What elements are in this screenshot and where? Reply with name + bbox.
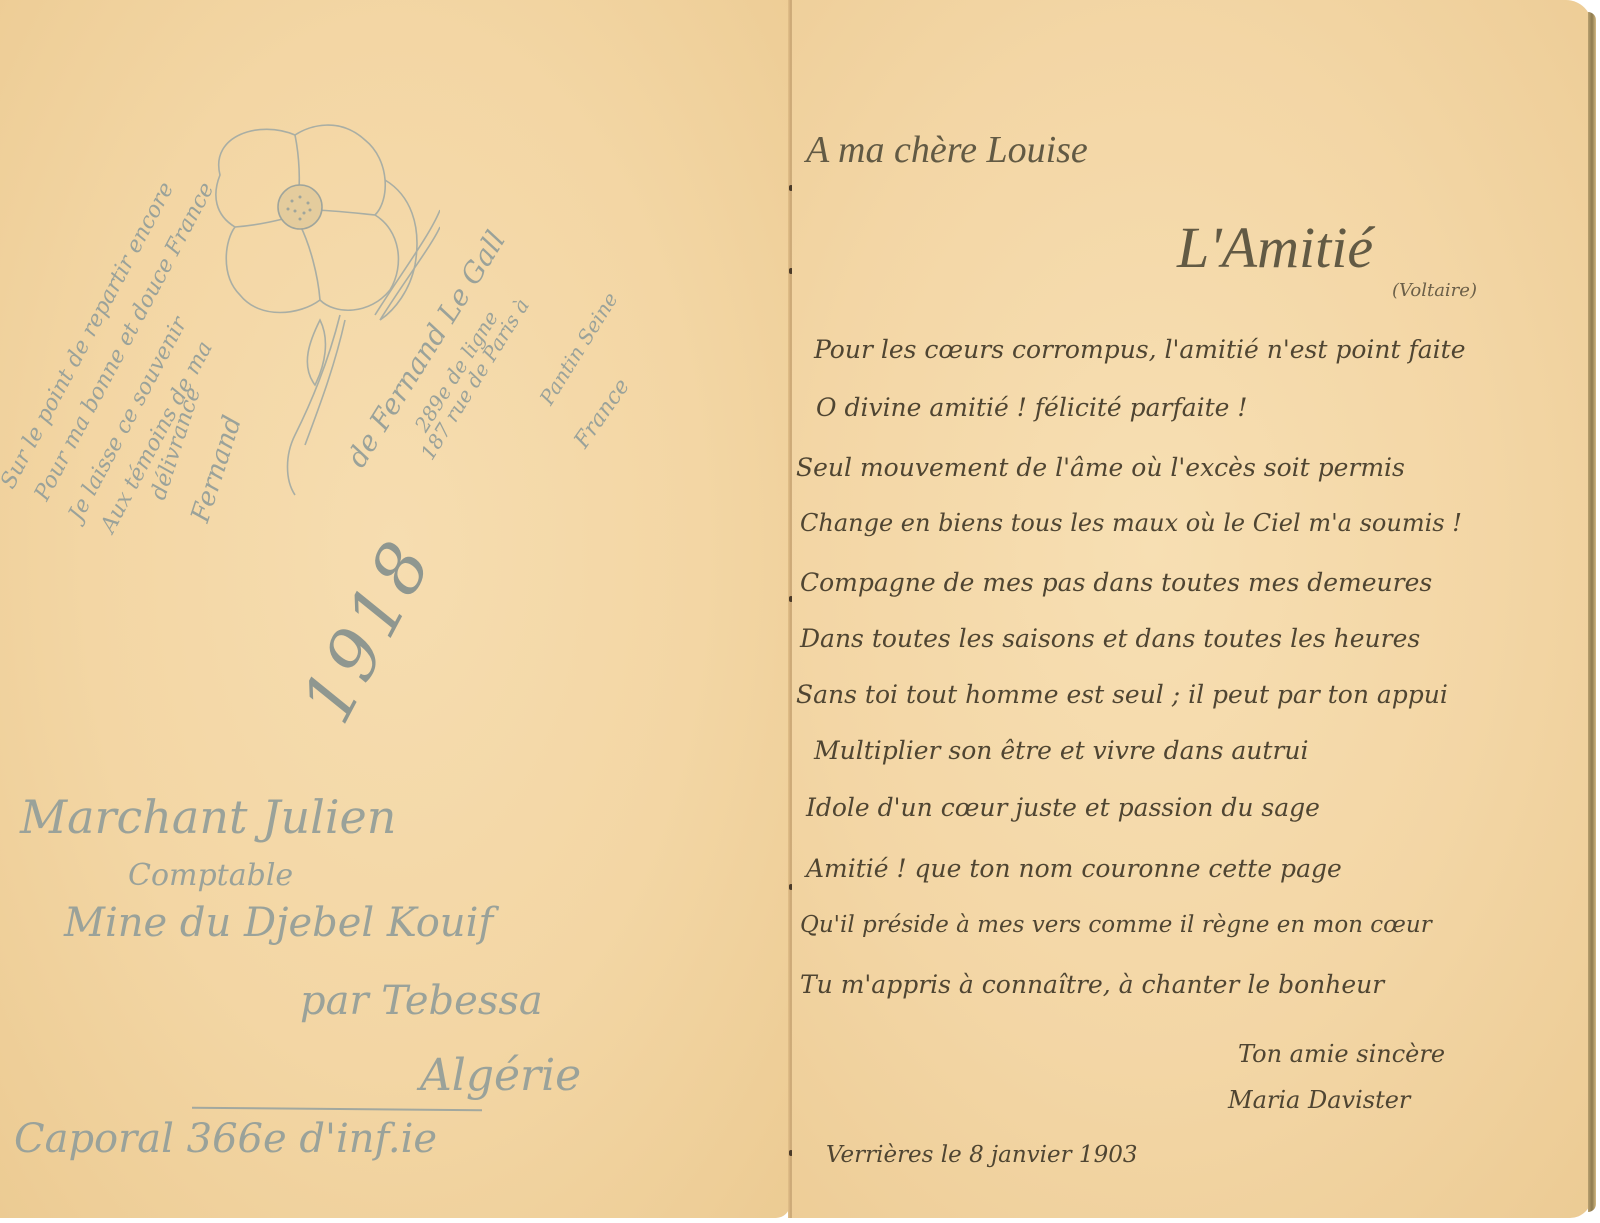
poem-line: Dans toutes les saisons et dans toutes l… [800,624,1420,653]
signature-location: Mine du Djebel Kouif [64,900,493,946]
signature-name: Marchant Julien [20,790,396,844]
poem-author: (Voltaire) [1392,280,1477,301]
poem-line: Compagne de mes pas dans toutes mes deme… [800,568,1432,597]
signature-town: par Tebessa [300,978,543,1024]
dedication: A ma chère Louise [806,128,1088,172]
poem-line: Idole d'un cœur juste et passion du sage [806,793,1320,822]
poppy-drawing [200,115,440,505]
left-page: Sur le point de repartir encore Pour ma … [0,0,790,1218]
signature-occupation: Comptable [128,858,293,893]
poem-line: Pour les cœurs corrompus, l'amitié n'est… [814,335,1466,364]
signature: Maria Davister [1228,1086,1410,1114]
poem-line: Seul mouvement de l'âme où l'excès soit … [796,453,1405,482]
closing: Ton amie sincère [1238,1040,1445,1068]
right-page: A ma chère Louise L'Amitié (Voltaire) Po… [792,0,1592,1218]
poem-line: Change en biens tous les maux où le Ciel… [800,509,1462,537]
poem-line: Amitié ! que ton nom couronne cette page [806,854,1342,883]
poem-line: O divine amitié ! félicité parfaite ! [816,393,1247,422]
page-stack-edge [1588,12,1596,1212]
year-1918: 1918 [285,526,449,736]
place-date: Verrières le 8 janvier 1903 [826,1142,1137,1168]
signature-country: Algérie [420,1050,581,1101]
album-spread: Sur le point de repartir encore Pour ma … [0,0,1600,1223]
pencil-underline [192,1107,482,1112]
poem-line: Tu m'appris à connaître, à chanter le bo… [800,970,1384,999]
poem-line: Sans toi tout homme est seul ; il peut p… [796,680,1448,709]
pencil-note-line: Pour ma bonne et douce France [30,178,219,505]
poem-line: Multiplier son être et vivre dans autrui [814,736,1309,765]
signature-rank: Caporal 366e d'inf.ie [14,1116,437,1162]
address-line: France [570,374,635,453]
poem-title: L'Amitié [1177,214,1373,281]
poem-line: Qu'il préside à mes vers comme il règne … [800,912,1432,938]
